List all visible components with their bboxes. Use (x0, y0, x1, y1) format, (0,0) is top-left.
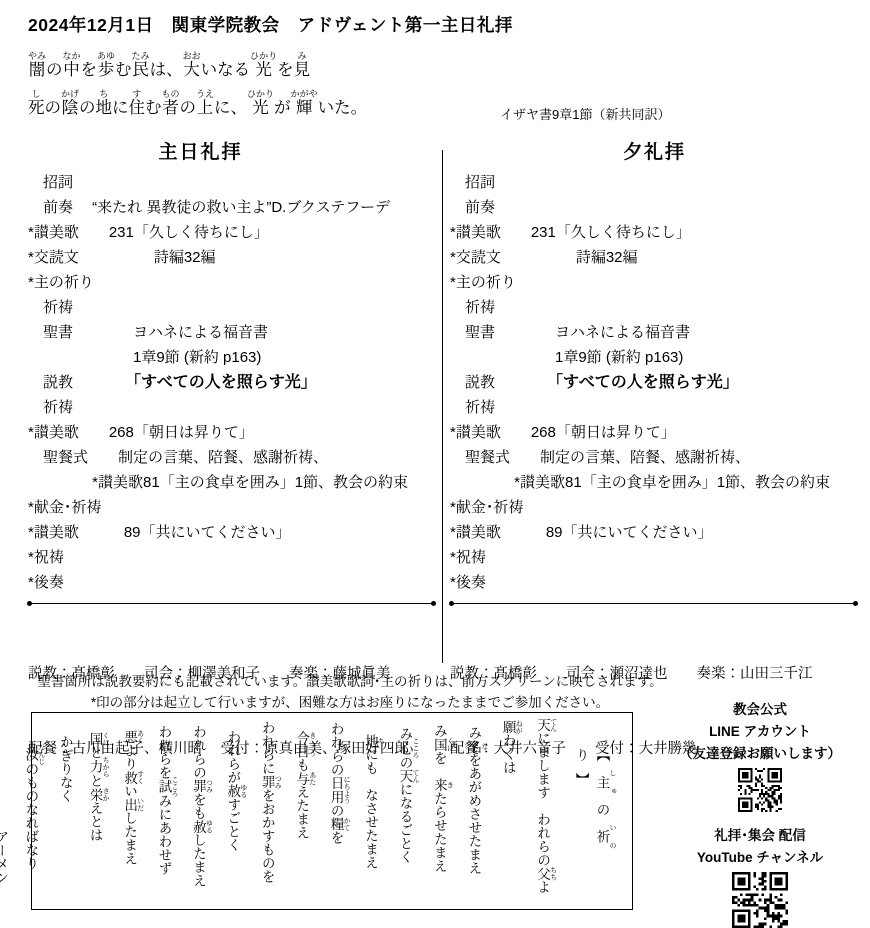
prayer-line: 願ねがわくは (497, 718, 522, 904)
service-line: *主の祈り (450, 270, 859, 295)
service-line-text: *主の祈り (28, 274, 94, 291)
note-line: *印の部分は起立して行いますが、困難な方はお座りになったままでご参加ください。 (0, 692, 700, 713)
service-line-text: *讃美歌 89「共にいてください」 (450, 524, 713, 541)
service-line-text: *交読文 詩編32編 (28, 249, 216, 266)
line-account-label: LINE アカウント (655, 721, 865, 743)
service-line-text: 1章9節 (新約 p163) (28, 349, 261, 366)
service-line: *讃美歌81「主の食卓を囲み」1節、教会の約束 (450, 470, 859, 495)
service-line-text: *讃美歌 89「共にいてください」 (28, 524, 291, 541)
service-line-text: *献金･祈祷 (450, 499, 523, 516)
service-line: *讃美歌 231「久しく待ちにし」 (28, 220, 437, 245)
evening-service-title: 夕礼拝 (450, 140, 859, 170)
prayer-line: み心こころの天てんになるごとく (394, 718, 419, 904)
prayer-line: われらに罪つみをおかすものを (256, 718, 281, 904)
service-line-text: *交読文 詩編32編 (450, 249, 638, 266)
service-line: 祈祷 (450, 395, 859, 420)
service-line-text: 祈祷 (450, 299, 495, 316)
service-line-text: 説教 (450, 374, 555, 391)
service-line: 招詞 (450, 170, 859, 195)
youtube-channel-label: 礼拝･集会 配信 (655, 825, 865, 847)
prayer-line: アーメン (0, 718, 10, 904)
service-line: *祝祷 (28, 545, 437, 570)
church-bulletin-page: 2024年12月1日 関東学院教会 アドヴェント第一主日礼拝 闇やみの中なかを歩… (0, 0, 870, 928)
service-line-text: *讃美歌 268「朝日は昇りて」 (28, 424, 254, 441)
morning-service-order: 招詞 前奏 “来たれ 異教徒の救い主よ”D.ブクステフーデ*讃美歌 231「久し… (28, 170, 437, 595)
service-line-text: *後奏 (28, 574, 64, 591)
prayer-line: われらの日用にちようの糧かてを (325, 718, 350, 904)
service-line-text: *献金･祈祷 (28, 499, 101, 516)
prayer-line: われらが赦ゆるすごとく (221, 718, 246, 904)
service-line-text: *後奏 (450, 574, 486, 591)
line-account-label: （友達登録お願いします） (655, 743, 865, 765)
service-line-text: 祈祷 (28, 399, 73, 416)
service-line: 前奏 (450, 195, 859, 220)
service-line: *後奏 (450, 570, 859, 595)
evening-service-order: 招詞 前奏*讃美歌 231「久しく待ちにし」*交読文 詩編32編*主の祈り 祈祷… (450, 170, 859, 595)
service-line-text: 聖書 ヨハネによる福音書 (450, 324, 690, 341)
service-line-text: 説教 (28, 374, 133, 391)
service-line: 聖餐式 制定の言葉、陪餐、感謝祈祷、 (450, 445, 859, 470)
service-line: 聖餐式 制定の言葉、陪餐、感謝祈祷、 (28, 445, 437, 470)
page-title: 2024年12月1日 関東学院教会 アドヴェント第一主日礼拝 (28, 12, 513, 37)
service-line-text: 招詞 (28, 174, 73, 191)
service-line: *讃美歌 231「久しく待ちにし」 (450, 220, 859, 245)
prayer-line: 国くにと力ちからと栄さかえとは (84, 718, 109, 904)
prayer-line: 地ちにも なさせたまえ (359, 718, 384, 904)
service-line: *讃美歌81「主の食卓を囲み」1節、教会の約束 (28, 470, 437, 495)
service-line-text: 1章9節 (新約 p163) (450, 349, 683, 366)
service-line: *交読文 詩編32編 (450, 245, 859, 270)
service-line-text: 聖餐式 制定の言葉、陪餐、感謝祈祷、 (28, 449, 328, 466)
service-line-text: *祝祷 (450, 549, 486, 566)
service-line: *主の祈り (28, 270, 437, 295)
prayer-line: み名なをあがめさせたまえ (462, 718, 487, 904)
sermon-title-text: 「すべての人を照らす光」 (555, 374, 739, 391)
service-line: 聖書 ヨハネによる福音書 (28, 320, 437, 345)
youtube-channel-label: YouTube チャンネル (655, 847, 865, 869)
scripture-quote: 闇やみの中なかを歩あゆむ民たみは、大おおいなる光ひかりを見み 死しの陰かげの地ち… (28, 40, 367, 116)
service-line: 説教 「すべての人を照らす光」 (28, 370, 437, 395)
scripture-line-2: 死しの陰かげの地ちに住すむ者ものの上うえに、光ひかりが輝かがやいた。 (28, 78, 367, 116)
service-line-text: *讃美歌 268「朝日は昇りて」 (450, 424, 676, 441)
service-line: 祈祷 (28, 395, 437, 420)
prayer-line: み国くにを 来きたらせたまえ (428, 718, 453, 904)
morning-service-title: 主日礼拝 (28, 140, 373, 170)
service-line: 祈祷 (28, 295, 437, 320)
service-line-text: 祈祷 (28, 299, 73, 316)
service-line: *讃美歌 89「共にいてください」 (450, 520, 859, 545)
youtube-qr-code (732, 872, 788, 928)
prayer-line: 汝なんじのものなればなり (19, 718, 44, 904)
service-line-text: *祝祷 (28, 549, 64, 566)
service-line-text: 前奏 (450, 199, 495, 216)
service-line: *讃美歌 89「共にいてください」 (28, 520, 437, 545)
service-line-text: *讃美歌 231「久しく待ちにし」 (28, 224, 269, 241)
participation-notes: 聖書箇所は説教要約にも記載されています。讃美歌歌詞･主の祈りは、前方スクリーンに… (0, 671, 700, 713)
service-line-text: 祈祷 (450, 399, 495, 416)
service-line: 聖書 ヨハネによる福音書 (450, 320, 859, 345)
service-line: 説教 「すべての人を照らす光」 (450, 370, 859, 395)
service-line: 1章9節 (新約 p163) (450, 345, 859, 370)
prayer-line: われらを試こころみにあわせず (153, 718, 178, 904)
prayer-line: 今日きょうも与あたえたまえ (290, 718, 315, 904)
sermon-title-text: 「すべての人を照らす光」 (133, 374, 317, 391)
service-line-text: 聖書 ヨハネによる福音書 (28, 324, 268, 341)
prayer-line: われらの罪つみをも赦ゆるしたまえ (187, 718, 212, 904)
staff-divider-rule (28, 603, 435, 604)
scripture-reference: イザヤ書9章1節（新共同訳） (500, 104, 670, 123)
service-line: *交読文 詩編32編 (28, 245, 437, 270)
service-line: 祈祷 (450, 295, 859, 320)
service-line: 1章9節 (新約 p163) (28, 345, 437, 370)
service-line: *後奏 (28, 570, 437, 595)
prayer-line: かぎりなく (54, 718, 75, 904)
scripture-line-1: 闇やみの中なかを歩あゆむ民たみは、大おおいなる光ひかりを見み (28, 40, 367, 78)
links-panel: 教会公式 LINE アカウント （友達登録お願いします） 礼拝･集会 配信 Yo… (655, 699, 865, 928)
service-line-text: *讃美歌81「主の食卓を囲み」1節、教会の約束 (28, 474, 408, 491)
prayer-heading: 【主しゅの祈いのり】 (570, 718, 616, 904)
staff-divider-rule (450, 603, 857, 604)
lords-prayer-box: 【主しゅの祈いのり】天てんにまします われらの父ちちよ願ねがわくはみ名なをあがめ… (31, 712, 633, 910)
service-line: 前奏 “来たれ 異教徒の救い主よ”D.ブクステフーデ (28, 195, 437, 220)
service-line-text: 前奏 “来たれ 異教徒の救い主よ”D.ブクステフーデ (28, 199, 390, 216)
service-line-text: *讃美歌81「主の食卓を囲み」1節、教会の約束 (450, 474, 830, 491)
prayer-line: 悪あくより救すくい出いだしたまえ (118, 718, 143, 904)
service-line: *祝祷 (450, 545, 859, 570)
service-line-text: *讃美歌 231「久しく待ちにし」 (450, 224, 691, 241)
service-line-text: *主の祈り (450, 274, 516, 291)
service-line: *献金･祈祷 (28, 495, 437, 520)
prayer-line: 天てんにまします われらの父ちちよ (531, 718, 556, 904)
line-account-label: 教会公式 (655, 699, 865, 721)
column-divider-line (442, 150, 443, 663)
service-line: *献金･祈祷 (450, 495, 859, 520)
service-line-text: 招詞 (450, 174, 495, 191)
service-line: *讃美歌 268「朝日は昇りて」 (28, 420, 437, 445)
service-columns: 主日礼拝 招詞 前奏 “来たれ 異教徒の救い主よ”D.ブクステフーデ*讃美歌 2… (0, 140, 870, 668)
service-line: *讃美歌 268「朝日は昇りて」 (450, 420, 859, 445)
note-line: 聖書箇所は説教要約にも記載されています。讃美歌歌詞･主の祈りは、前方スクリーンに… (0, 671, 700, 692)
service-line: 招詞 (28, 170, 437, 195)
line-qr-code (738, 768, 782, 812)
service-line-text: 聖餐式 制定の言葉、陪餐、感謝祈祷、 (450, 449, 750, 466)
